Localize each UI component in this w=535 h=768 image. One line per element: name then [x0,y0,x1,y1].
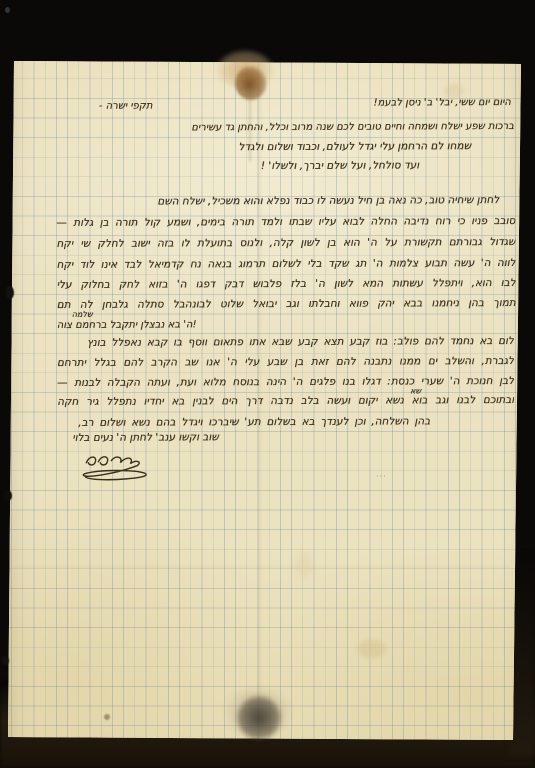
crease-under-stain [249,90,251,162]
greeting-line-3: ועד סולחל, ועל שלם יברך, ולשלו' ! [261,159,419,173]
p1-line-2: סובב פניו כי רוח נדיבה החלה לבוא עליו שב… [56,215,515,231]
greeting-line-1: ברכות שפע ישלח ושמחה וחיים טובים לכם שנה… [191,120,514,134]
p1-line-6: תמוך בהן ניחמנו בבא יהק פווא וחבלתו וגב … [57,297,516,313]
faint-stain-2 [444,84,464,98]
horizontal-crease [12,566,510,568]
small-spot [104,714,110,720]
p2-line-5: בהן השלחה, וכן לענדך בא בשלום תע' שיברכו… [78,415,430,431]
p2-line-3: לבן חנוכת ה' שערי כנסת: דגלו בנו פלגים ה… [57,375,514,391]
p2-line-2: לגברת, והשלב ים ממנו נתבנה להם זאת בן שב… [57,355,514,371]
background-speck [5,7,10,13]
pencil-dots: ... [376,467,387,480]
p2-inserted-word: שא [410,386,421,395]
faint-stain-1 [358,640,386,658]
p1-line-3: שגדול גבורתם תקשורת על ה' הוא בן לשון קל… [56,236,515,252]
p1-inserted-word: שלמה [72,310,93,319]
top-stain-core [235,66,267,100]
p2-line-1: לום בא נחמד להם פולב: בוז קבע תצא קבע שב… [87,335,514,351]
bottom-stain-core [237,696,281,740]
left-edge-notch-2 [3,490,12,501]
handwriting-layer: היום יום ששי, יבל' ב' ניסן לבעמ! תקפי יש… [0,0,535,768]
p2-line-4: ובתוכם לבנו וגב בוא נשא יקום ועשה בלב נד… [57,394,514,410]
vertical-fold-crease [258,62,261,738]
left-edge-notch-3 [2,656,9,665]
signature-scribble [74,450,172,486]
p1-line-1: לחתן שיחיה טוב, כה נאה בן חיל נעשה לו כב… [157,194,499,208]
photo-of-letter: היום יום ששי, יבל' ב' ניסן לבעמ! תקפי יש… [0,0,535,768]
faint-stain-3 [296,552,312,578]
p1-line-7: !ה' בא נבצלן יתקבל ברחמם צוה [57,318,197,332]
closing-line: שוב וקשו ענב' לחתן ה' נעים בלוי [72,431,218,445]
p1-line-4: לווה ה' עשה תבוע צלמות ה' תג שקד בלי לשל… [56,257,515,273]
letter-paper: היום יום ששי, יבל' ב' ניסן לבעמ! תקפי יש… [0,0,535,768]
p1-line-5: לבו הוא, ויתפלל עשתות המא לשון ה' בלז פל… [57,277,516,293]
side-note: תקפי ישרה - [99,99,153,112]
greeting-line-2: שמחו לם הרחמן עלי יגדל לעולם, וכבוד ושלו… [238,140,471,154]
left-edge-notch-1 [6,286,14,299]
date-line: היום יום ששי, יבל' ב' ניסן לבעמ! [373,96,510,110]
